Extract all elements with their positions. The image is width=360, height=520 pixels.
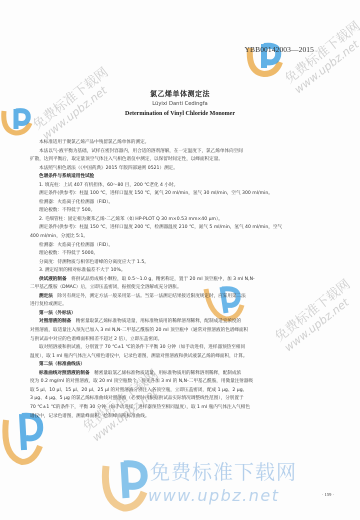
inline-heading: 供试液的制备	[39, 277, 67, 282]
paragraph-line: 取对照溶液和供试液，分别置于 70 ℃±1 ℃的条件下平衡 30 分钟（如手动进…	[30, 344, 328, 353]
paragraph-line: 测定法 除另有规定外，测定方法一般采用第一法。当第一法测定结果接近限度规定时，应…	[30, 293, 328, 302]
paragraph-line: 对照溶液，取适量注入预先已加入 3 ml N,N-二甲基乙酰胺的 20 ml 顶…	[30, 327, 328, 336]
banner-site-url: www.upbz.net	[148, 486, 280, 505]
paragraph-line: 理论板数：不得低于 5000。	[30, 250, 328, 259]
section-heading: 色谱条件与系统适用性试验	[30, 173, 328, 182]
title-pinyin: Lüyixi Danti Cedingfa	[0, 101, 360, 107]
paragraph-line: 温度），取 1 ml 瓶内气体注入气相色谱仪中，记录色谱图，测量对照溶液和供试液…	[30, 353, 328, 362]
paragraph-line: 理论板数：不得低于 500。	[30, 207, 328, 216]
document-body: 本标准适用于聚氯乙烯产品中残留氯乙烯单体的测定。 本法以气-液平衡为基础，试样在…	[30, 139, 328, 421]
paragraph-line: 供试液的制备 将供试品剪成细小颗粒，取 0.5～1.0 g，精密称定，置于 20…	[30, 276, 328, 285]
paragraph-line: 本法照气相色谱法（《中国药典》2015 年版四部通则 0521）测定。	[30, 165, 328, 174]
paragraph-line: 二甲基乙酰胺（DMAC）后，立即压盖密闭，振摇使完全溶解或充分溶胀。	[30, 284, 328, 293]
title-english: Determination of Vinyl Chloride Monomer	[0, 111, 360, 117]
up-logo-icon	[100, 458, 150, 514]
paragraph-line: 70 ℃±1 ℃的条件下，平衡 30 分钟（如手动进样，进样器预热至相同温度），…	[30, 404, 328, 413]
standard-code: YBB00142003—2015	[244, 45, 314, 54]
paragraph-line: 与供试品中对应的色谱峰面积相差不超过 2 倍），立即压盖密闭。	[30, 336, 328, 345]
paragraph-line: 2. 毛细管柱：固定相为聚苯乙烯-二乙烯苯（如 HP-PLOT Q 30 m×0…	[30, 216, 328, 225]
paragraph-line: 1. 填充柱：上试 407 有机担体，60～80 目，200 ℃老化 4 小时。	[30, 182, 328, 191]
paragraph-line: 取 5 μl、10 μl、15 μl、20 μl、25 μl 的对照溶液分别注入…	[30, 387, 328, 396]
paragraph-line: 测定条件(供参考)：柱温 150 ℃，进样口温度 200 ℃，检测器温度 210…	[30, 224, 328, 233]
page-number: · 159 ·	[322, 492, 334, 497]
title-chinese: 氯乙烯单体测定法	[0, 89, 360, 99]
paragraph-line: 本标准适用于聚氯乙烯产品中残留氯乙烯单体的测定。	[30, 139, 328, 148]
inline-heading: 测定法	[39, 294, 53, 299]
paragraph-line: 度为 0.2 mg/ml 的对照溶液，取 20 ml 顶空瓶数个，预先各加 3 …	[30, 378, 328, 387]
inline-heading: 标准曲线对照溶液的制备	[39, 371, 90, 376]
paragraph-line: 谱仪中，记录色谱图，测量峰面积，绘制峰面积标准曲线。	[30, 413, 328, 422]
paragraph-line: 检测器：火焰离子化检测器（FID）。	[30, 199, 328, 208]
bottom-watermark-banner: 免费标准下载网 www.upbz.net	[0, 456, 360, 520]
section-heading: 第二法（标准曲线法）	[30, 361, 328, 370]
paragraph-line: 检测器：火焰离子化检测器（FID）。	[30, 242, 328, 251]
inline-heading: 对照溶液的制备	[39, 319, 71, 324]
document-page: 免费标准下载网 www.upbz.net 免费标准下载网 www.upbz.ne…	[0, 0, 360, 520]
paragraph-line: 3. 测定结果的相对标准偏差不大于 10%。	[30, 267, 328, 276]
paragraph-line: 400 ml/min，分流比 5:1。	[30, 233, 328, 242]
paragraph-line: 扩散，达到平衡后，取定量顶空气体注入气相色谱仪中测定，以保留时间定性，以峰面积定…	[30, 156, 328, 165]
paragraph-line: 对照溶液的制备 精密量取氯乙烯标准物质适量，用标准物质用的稀释溶剂稀释，配制成适…	[30, 318, 328, 327]
paragraph-line: 分离度：待测物质与相邻色谱峰的分离度应大于 1.5。	[30, 259, 328, 268]
paragraph-line: 进行复检或测定。	[30, 301, 328, 310]
paragraph-line: 标准曲线对照溶液的制备 精密量取氯乙烯标准物质适量，用标准物质用的稀释溶剂稀释，…	[30, 370, 328, 379]
paragraph-line: 本法以气-液平衡为基础，试样在密封容器内，用合适的溶剂溶解，在一定温度下，氯乙烯…	[30, 148, 328, 157]
banner-site-name: 免费标准下载网	[150, 456, 297, 485]
paragraph-line: 3 μg、4 μg、5 μg 的氯乙烯标准曲线对照溶液（必要时可根据供试品实际情…	[30, 395, 328, 404]
section-heading: 第一法（外标法）	[30, 310, 328, 319]
paragraph-line: 测定条件(供参考)：柱温 100 ℃，进样口温度 150 ℃，氮气 20 ml/…	[30, 190, 328, 199]
